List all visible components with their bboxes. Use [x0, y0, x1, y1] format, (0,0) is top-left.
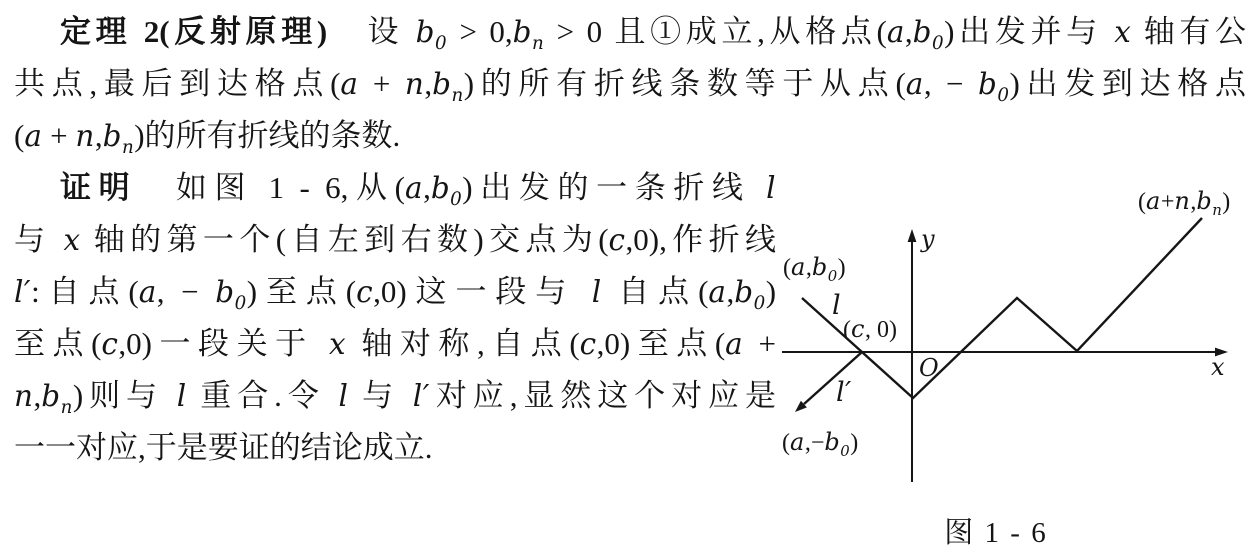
proof-paragraph: 证明 如图 1 - 6,从(a,b0)出发的一条折线 l 与 x 轴的第一个(自…: [14, 162, 776, 474]
theorem-paragraph: 定理 2(反射原理) 设 b0 > 0,bn > 0 且①成立,从格点(a,b0…: [14, 6, 1246, 162]
text-line: 与 x 轴的第一个(自左到右数)交点为(c,0),作折线: [14, 214, 776, 266]
label-origin: O: [919, 355, 939, 382]
text-line: (a + n,bn)的所有折线的条数.: [14, 110, 1246, 162]
textbook-page: { "page": {"background": "#ffffff", "tex…: [0, 0, 1259, 560]
figure-svg: [780, 180, 1259, 560]
label-start-point: (a,b0): [783, 254, 846, 281]
y-axis-arrowhead-icon: [908, 229, 917, 242]
label-x-axis: x: [1211, 354, 1225, 381]
text-line: 证明 如图 1 - 6,从(a,b0)出发的一条折线 l: [14, 162, 776, 214]
label-line-l-prime: l′: [836, 378, 852, 408]
text-line: 共点,最后到达格点(a + n,bn)的所有折线条数等于从点(a, − b0)出…: [14, 58, 1246, 110]
text-line: 定理 2(反射原理) 设 b0 > 0,bn > 0 且①成立,从格点(a,b0…: [14, 6, 1246, 58]
label-line-l: l: [832, 291, 841, 321]
polyline-l: [802, 218, 1202, 398]
label-y-axis: y: [921, 226, 935, 253]
text-line: n,bn)则与 l 重合.令 l 与 l′对应,显然这个对应是: [14, 370, 776, 422]
label-reflected-point: (a,−b0): [782, 429, 858, 456]
figure-1-6: (a,b0) l (c, 0) O y x l′ (a,−b0) (a+n,bn…: [780, 180, 1259, 560]
text-line: l′:自点(a, − b0)至点(c,0)这一段与 l 自点(a,b0): [14, 266, 776, 318]
label-point-c: (c, 0): [843, 316, 897, 343]
text-line: 至点(c,0)一段关于 x 轴对称,自点(c,0)至点(a +: [14, 318, 776, 370]
text-line: 一一对应,于是要证的结论成立.: [14, 422, 776, 474]
line-l-prime: [804, 352, 862, 404]
label-end-point: (a+n,bn): [1138, 188, 1230, 215]
figure-caption: 图 1 - 6: [916, 510, 1076, 551]
